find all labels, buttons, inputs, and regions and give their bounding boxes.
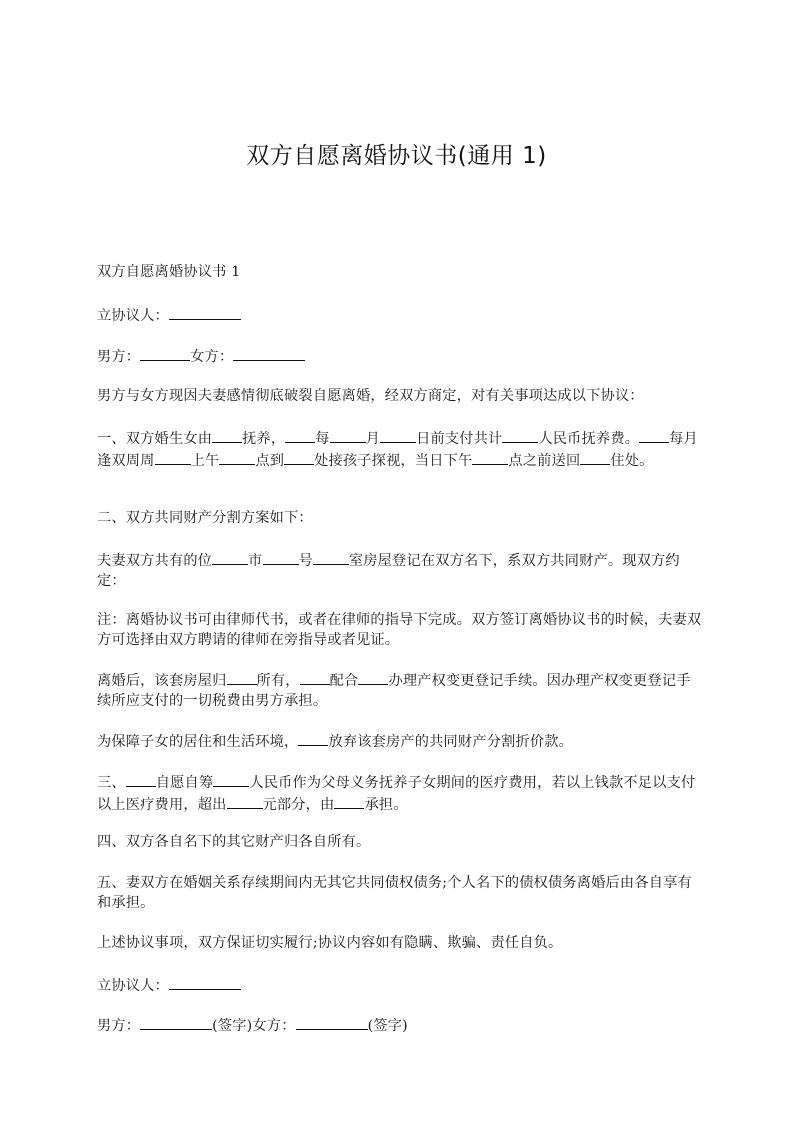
paragraph-text: 男方： (97, 349, 140, 365)
paragraph-text: 女方： (190, 349, 233, 365)
paragraph-clause-4: 四、双方各自名下的其它财产归各自所有。 (97, 832, 703, 852)
paragraph-text: 二、双方共同财产分割方案如下： (97, 510, 313, 526)
paragraph-note: 注：离婚协议书可由律师代书，或者在律师的指导下完成。双方签订离婚协议书的时候，夫… (97, 610, 703, 650)
paragraph-text: 立协议人： (97, 308, 169, 324)
paragraph-text: 注：离婚协议书可由律师代书，或者在律师的指导下完成。双方签订离婚协议书的时候，夫… (97, 612, 701, 648)
paragraph-text: 元部分，由 (263, 797, 335, 813)
fill-in-blank[interactable] (313, 549, 349, 565)
fill-in-blank[interactable] (639, 427, 669, 443)
fill-in-blank[interactable] (298, 730, 328, 746)
fill-in-blank[interactable] (169, 974, 241, 990)
fill-in-blank[interactable] (285, 427, 315, 443)
paragraph-children-home: 为保障子女的居住和生活环境，放弃该套房产的共同财产分割折价款。 (97, 730, 703, 752)
paragraph-clause-1: 一、双方婚生女由抚养，每月日前支付共计人民币抚养费。每月逢双周周上午点到处接孩子… (97, 427, 703, 471)
fill-in-blank[interactable] (580, 449, 610, 465)
paragraph-text: 点到 (255, 453, 284, 469)
paragraph-text: 放弃该套房产的共同财产分割折价款。 (328, 734, 573, 750)
fill-in-blank[interactable] (140, 1014, 212, 1030)
paragraph-signatures: 男方：(签字)女方：(签字) (97, 1014, 703, 1036)
paragraph-clause-5: 五、妻双方在婚姻关系存续期间内无其它共同债权债务;个人名下的债权债务离婚后由各自… (97, 873, 703, 913)
paragraph-text: 双方自愿离婚协议书 1 (97, 264, 240, 280)
fill-in-blank[interactable] (263, 549, 299, 565)
paragraph-man-woman: 男方：女方： (97, 345, 703, 367)
paragraph-party-sign: 立协议人： (97, 974, 703, 996)
fill-in-blank[interactable] (219, 449, 255, 465)
paragraph-text: 自愿自筹 (156, 775, 214, 791)
paragraph-text: 号 (299, 553, 313, 569)
fill-in-blank[interactable] (169, 304, 241, 320)
fill-in-blank[interactable] (358, 669, 388, 685)
paragraph-commitment: 上述协议事项，双方保证切实履行;协议内容如有隐瞒、欺骗、责任自负。 (97, 933, 703, 953)
paragraph-text: 住处。 (610, 453, 653, 469)
paragraph-text: 夫妻双方共有的位 (97, 553, 212, 569)
paragraph-text: 每 (315, 431, 329, 447)
paragraph-text: 月 (366, 431, 380, 447)
paragraph-intro: 男方与女方现因夫妻感情彻底破裂自愿离婚，经双方商定，对有关事项达成以下协议： (97, 386, 703, 406)
fill-in-blank[interactable] (126, 771, 156, 787)
paragraph-text: 上述协议事项，双方保证切实履行;协议内容如有隐瞒、欺骗、责任自负。 (97, 935, 562, 951)
paragraph-text: 男方与女方现因夫妻感情彻底破裂自愿离婚，经双方商定，对有关事项达成以下协议： (97, 388, 644, 404)
fill-in-blank[interactable] (155, 449, 191, 465)
paragraph-text: 承担。 (364, 797, 407, 813)
paragraph-text: 市 (248, 553, 262, 569)
paragraph-property: 夫妻双方共有的位市号室房屋登记在双方名下，系双方共同财产。现双方约定： (97, 549, 703, 591)
paragraph-text: 五、妻双方在婚姻关系存续期间内无其它共同债权债务;个人名下的债权债务离婚后由各自… (97, 875, 692, 911)
paragraph-text: 点之前送回 (508, 453, 580, 469)
fill-in-blank[interactable] (380, 427, 416, 443)
fill-in-blank[interactable] (227, 669, 257, 685)
paragraph-text: 男方： (97, 1018, 140, 1034)
fill-in-blank[interactable] (233, 345, 305, 361)
fill-in-blank[interactable] (284, 449, 314, 465)
paragraph-text: 离婚后，该套房屋归 (97, 673, 227, 689)
document-page: 双方自愿离婚协议书(通用 1) 双方自愿离婚协议书 1立协议人：男方：女方：男方… (0, 0, 793, 1122)
paragraph-text: 上午 (191, 453, 220, 469)
paragraph-text: 所有， (257, 673, 300, 689)
paragraph-text: 抚养， (242, 431, 285, 447)
fill-in-blank[interactable] (334, 793, 364, 809)
fill-in-blank[interactable] (140, 345, 190, 361)
paragraph-text: 一、双方婚生女由 (97, 431, 212, 447)
fill-in-blank[interactable] (502, 427, 538, 443)
fill-in-blank[interactable] (472, 449, 508, 465)
paragraph-text: (签字)女方： (212, 1018, 295, 1034)
paragraph-text: 配合 (330, 673, 359, 689)
paragraph-subtitle: 双方自愿离婚协议书 1 (97, 262, 703, 282)
paragraph-party: 立协议人： (97, 304, 703, 326)
fill-in-blank[interactable] (300, 669, 330, 685)
paragraph-clause-2: 二、双方共同财产分割方案如下： (97, 508, 703, 528)
fill-in-blank[interactable] (296, 1014, 368, 1030)
fill-in-blank[interactable] (212, 549, 248, 565)
paragraph-text: (签字) (368, 1018, 408, 1034)
paragraph-house: 离婚后，该套房屋归所有，配合办理产权变更登记手续。因办理产权变更登记手续所应支付… (97, 669, 703, 711)
paragraph-text: 立协议人： (97, 978, 169, 994)
paragraph-text: 处接孩子探视，当日下午 (314, 453, 472, 469)
fill-in-blank[interactable] (213, 771, 249, 787)
fill-in-blank[interactable] (227, 793, 263, 809)
paragraph-text: 为保障子女的居住和生活环境， (97, 734, 298, 750)
fill-in-blank[interactable] (212, 427, 242, 443)
paragraph-text: 日前支付共计 (416, 431, 502, 447)
paragraph-clause-3: 三、自愿自筹人民币作为父母义务抚养子女期间的医疗费用，若以上钱款不足以支付以上医… (97, 771, 703, 815)
fill-in-blank[interactable] (330, 427, 366, 443)
paragraph-text: 四、双方各自名下的其它财产归各自所有。 (97, 834, 370, 850)
paragraph-text: 人民币抚养费。 (538, 431, 639, 447)
paragraph-text: 三、 (97, 775, 126, 791)
document-title: 双方自愿离婚协议书(通用 1) (0, 137, 793, 170)
